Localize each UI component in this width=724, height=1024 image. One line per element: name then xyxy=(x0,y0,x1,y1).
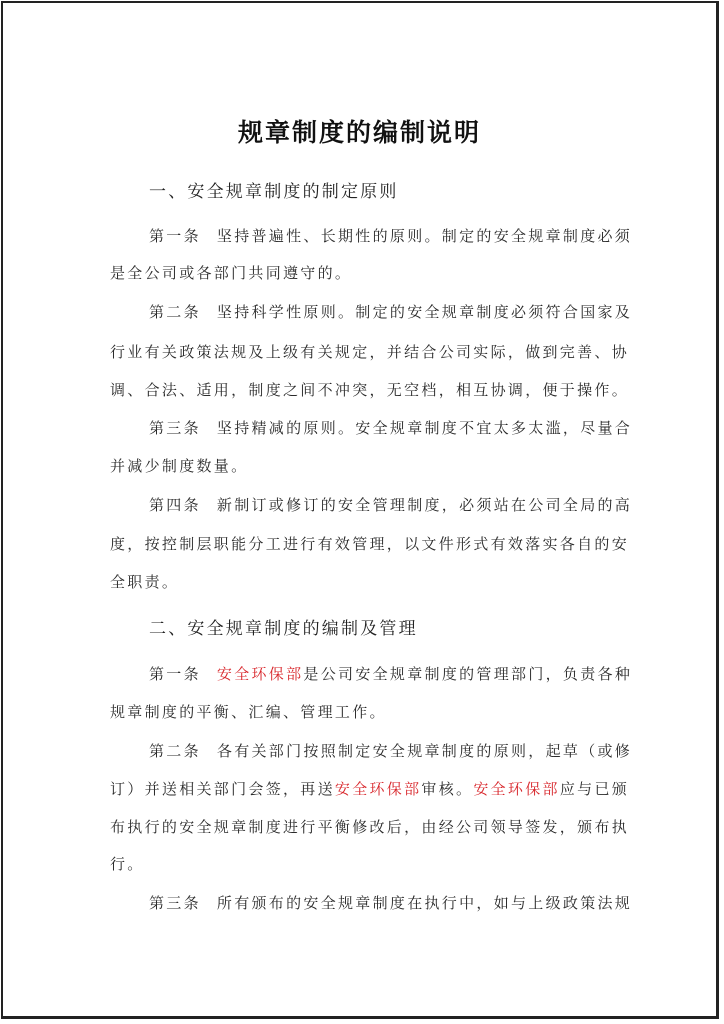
article-2-2-line-4: 行。 xyxy=(110,853,620,874)
article-text: 各有关部门按照制定安全规章制度的原则，起草（或修 xyxy=(217,742,632,760)
article-text: 新制订或修订的安全管理制度，必须站在公司全局的高 xyxy=(217,496,632,514)
article-text: 坚持普遍性、长期性的原则。制定的安全规章制度必须 xyxy=(217,227,632,245)
article-text: 应与已颁 xyxy=(560,780,629,798)
article-text: 订）并送相关部门会签，再送 xyxy=(110,780,335,798)
article-1-2-line-3: 调、合法、适用，制度之间不冲突，无空档，相互协调，便于操作。 xyxy=(110,379,620,400)
article-2-1-line-2: 规章制度的平衡、汇编、管理工作。 xyxy=(110,701,620,722)
document-title: 规章制度的编制说明 xyxy=(3,113,716,149)
article-2-2-line-2: 订）并送相关部门会签，再送安全环保部审核。安全环保部应与已颁 xyxy=(110,778,620,799)
article-text: 是公司安全规章制度的管理部门，负责各种 xyxy=(303,665,632,683)
article-1-4-line-1: 第四条新制订或修订的安全管理制度，必须站在公司全局的高 xyxy=(149,494,619,515)
article-1-3-line-1: 第三条坚持精减的原则。安全规章制度不宜太多太滥，尽量合 xyxy=(149,417,619,438)
article-label: 第一条 xyxy=(149,665,201,683)
highlighted-department: 安全环保部 xyxy=(335,780,422,798)
article-text: 所有颁布的安全规章制度在执行中，如与上级政策法规 xyxy=(217,894,632,912)
article-1-2-line-2: 行业有关政策法规及上级有关规定，并结合公司实际，做到完善、协 xyxy=(110,341,620,362)
article-label: 第三条 xyxy=(149,894,201,912)
section-heading-2: 二、安全规章制度的编制及管理 xyxy=(149,614,418,639)
highlighted-department: 安全环保部 xyxy=(217,665,304,683)
article-1-2-line-1: 第二条坚持科学性原则。制定的安全规章制度必须符合国家及 xyxy=(149,301,619,322)
article-2-3-line-1: 第三条所有颁布的安全规章制度在执行中，如与上级政策法规 xyxy=(149,892,619,913)
article-1-4-line-2: 度，按控制层职能分工进行有效管理，以文件形式有效落实各自的安 xyxy=(110,533,620,554)
article-text: 坚持精减的原则。安全规章制度不宜太多太滥，尽量合 xyxy=(217,419,632,437)
article-2-1-line-1: 第一条安全环保部是公司安全规章制度的管理部门，负责各种 xyxy=(149,663,619,684)
article-2-2-line-1: 第二条各有关部门按照制定安全规章制度的原则，起草（或修 xyxy=(149,740,619,761)
article-1-1-line-1: 第一条坚持普遍性、长期性的原则。制定的安全规章制度必须 xyxy=(149,225,619,246)
article-label: 第二条 xyxy=(149,742,201,760)
article-1-3-line-2: 并减少制度数量。 xyxy=(110,455,620,476)
article-label: 第三条 xyxy=(149,419,201,437)
article-text: 坚持科学性原则。制定的安全规章制度必须符合国家及 xyxy=(217,303,632,321)
article-2-2-line-3: 布执行的安全规章制度进行平衡修改后，由经公司领导签发，颁布执 xyxy=(110,816,620,837)
section-heading-1: 一、安全规章制度的制定原则 xyxy=(149,177,399,202)
article-label: 第一条 xyxy=(149,227,201,245)
article-1-4-line-3: 全职责。 xyxy=(110,571,620,592)
highlighted-department: 安全环保部 xyxy=(473,780,560,798)
article-1-1-line-2: 是全公司或各部门共同遵守的。 xyxy=(110,262,620,283)
article-label: 第四条 xyxy=(149,496,201,514)
article-label: 第二条 xyxy=(149,303,201,321)
article-text: 审核。 xyxy=(421,780,473,798)
document-page: 规章制度的编制说明 一、安全规章制度的制定原则 第一条坚持普遍性、长期性的原则。… xyxy=(1,1,719,1019)
